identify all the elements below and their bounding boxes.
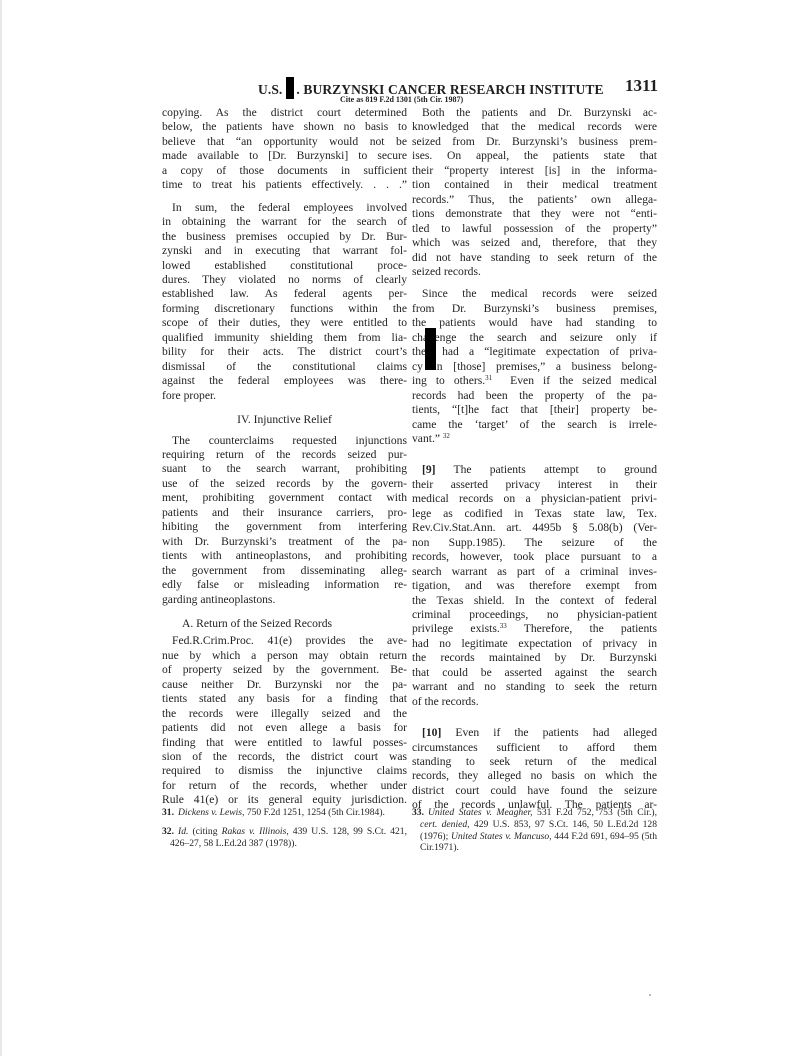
subsection-heading: A. Return of the Seized Records [162,617,407,631]
paragraph: Since the medical records were seized fr… [412,287,657,446]
section-heading: IV. Injunctive Relief [162,413,407,427]
paragraph: Both the patients and Dr. Burzynski ac- … [412,106,657,279]
headnote-number: [9] [422,463,436,476]
redaction-bar [286,77,294,99]
running-title-prefix: U.S. [258,82,282,97]
page-header: U.S.. BURZYNSKI CANCER RESEARCH INSTITUT… [160,72,660,106]
headnote-number: [10] [422,726,441,739]
footnote-ref[interactable]: 32 [443,432,450,440]
footnote-32: 32.Id. (citing Rakas v. Illinois, 439 U.… [162,826,407,850]
footnotes-left: 31.Dickens v. Lewis, 750 F.2d 1251, 1254… [162,807,407,856]
left-column: copying. As the district court determine… [162,106,407,808]
page-number: 1311 [625,76,658,96]
paragraph: [9] The patients attempt to ground their… [412,463,657,709]
footnotes-right: 33.United States v. Meagher, 531 F.2d 75… [412,807,657,861]
paragraph: The counterclaims requested injunctions … [162,434,407,607]
paragraph: In sum, the federal employees involved i… [162,201,407,403]
footnote-ref[interactable]: 33 [500,622,507,630]
right-column: Both the patients and Dr. Burzynski ac- … [412,106,657,813]
footnote-33: 33.United States v. Meagher, 531 F.2d 75… [412,807,657,854]
scan-edge [0,0,2,1056]
paragraph: copying. As the district court determine… [162,106,407,193]
paragraph: [10] Even if the patients had alleged ci… [412,726,657,813]
footnote-ref[interactable]: 31 [485,374,492,382]
citation-line: Cite as 819 F.2d 1301 (5th Cir. 1987) [340,95,463,104]
redaction-bar [425,328,436,370]
footnote-31: 31.Dickens v. Lewis, 750 F.2d 1251, 1254… [162,807,407,819]
paragraph: Fed.R.Crim.Proc. 41(e) provides the ave-… [162,634,407,807]
scan-speck [649,994,651,996]
